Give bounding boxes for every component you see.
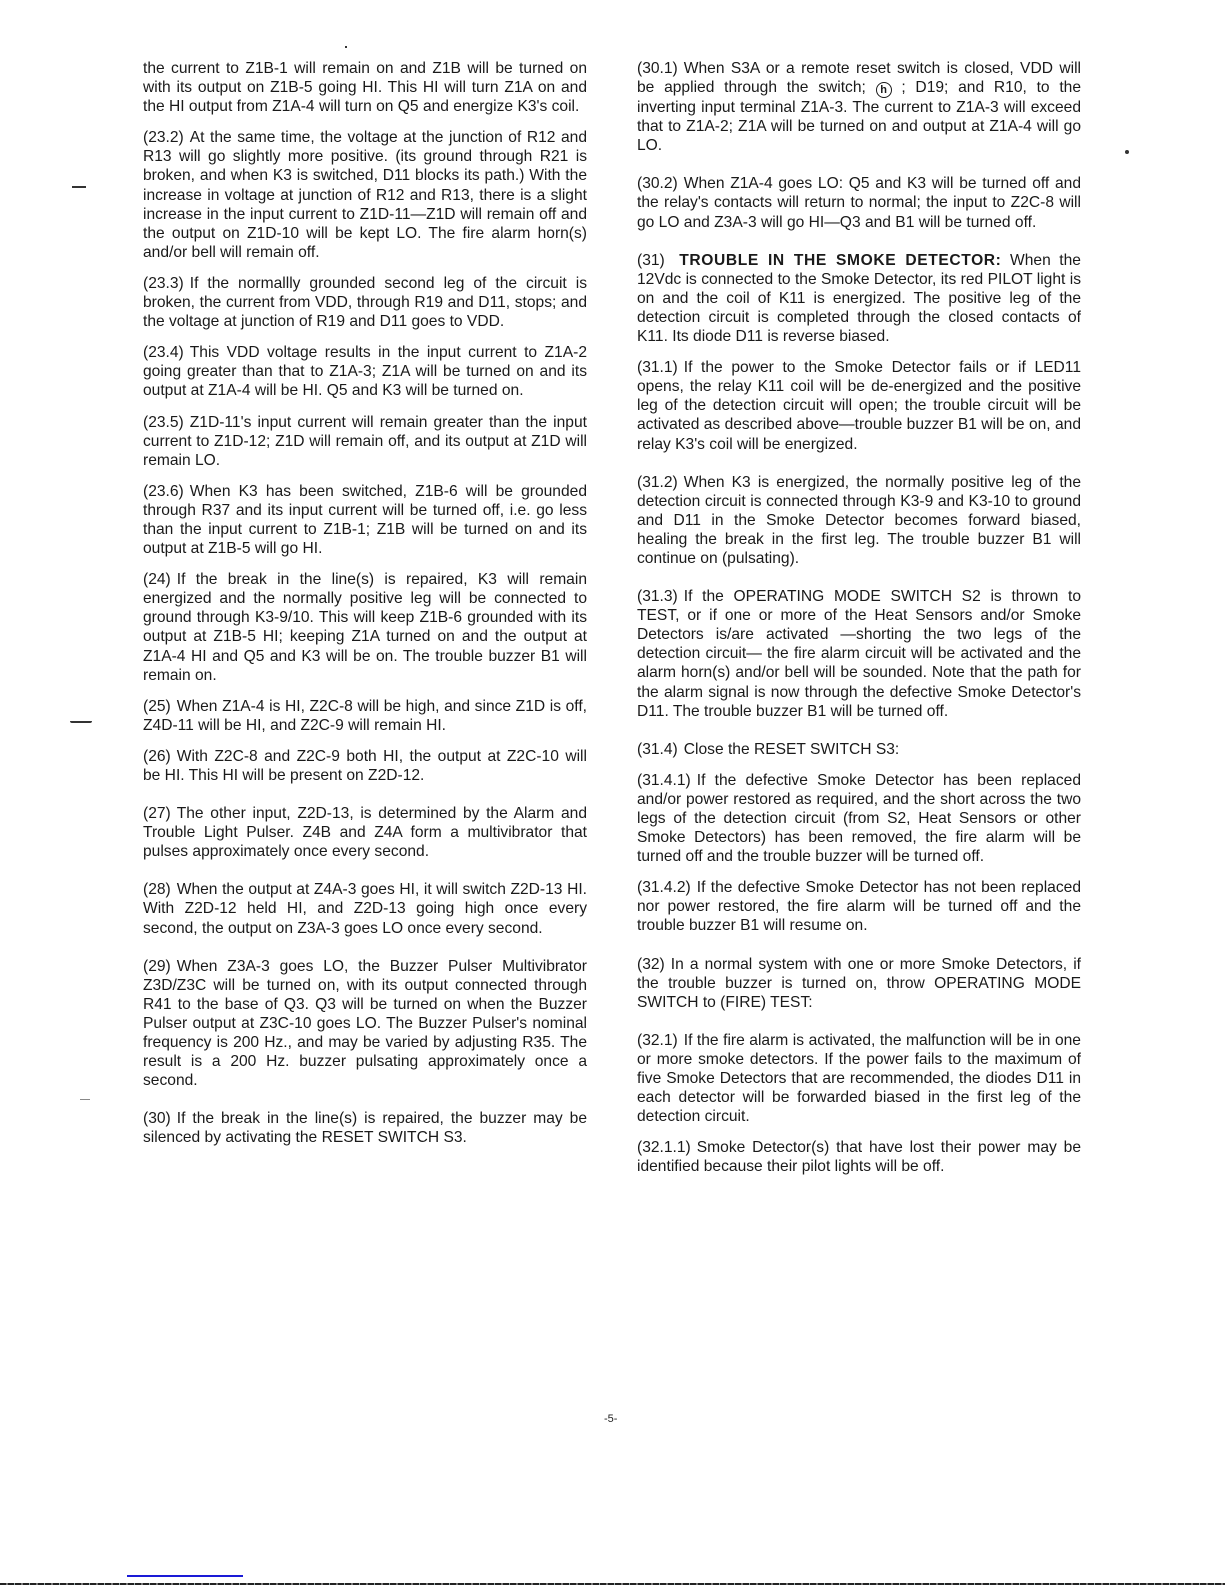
paragraph-30-2: (30.2)When Z1A-4 goes LO: Q5 and K3 will…	[637, 174, 1081, 231]
paragraph-text: In a normal system with one or more Smok…	[637, 956, 1081, 1011]
paragraph-text: If the fire alarm is activated, the malf…	[637, 1032, 1081, 1125]
paragraph-text: When K3 has been switched, Z1B-6 will be…	[143, 483, 587, 557]
stray-dot	[1125, 150, 1129, 154]
paragraph-number: (23.3)	[143, 275, 184, 292]
paragraph-number: (31.1)	[637, 359, 678, 376]
paragraph-31-4: (31.4)Close the RESET SWITCH S3:	[637, 740, 1081, 759]
paragraph-text: If the normallly grounded second leg of …	[143, 275, 587, 330]
paragraph-text: The other input, Z2D-13, is determined b…	[143, 805, 587, 860]
paragraph-number: (31.3)	[637, 588, 678, 605]
left-column: the current to Z1B-1 will remain on and …	[143, 59, 587, 1160]
paragraph-text: When Z3A-3 goes LO, the Buzzer Pulser Mu…	[143, 958, 587, 1090]
paragraph-text: If the power to the Smoke Detector fails…	[637, 359, 1081, 452]
paragraph-number: (23.2)	[143, 129, 184, 146]
paragraph-number: (23.5)	[143, 414, 184, 431]
paragraph-25: (25)When Z1A-4 is HI, Z2C-8 will be high…	[143, 697, 587, 735]
page-number: -5-	[604, 1413, 617, 1425]
paragraph-28: (28)When the output at Z4A-3 goes HI, it…	[143, 880, 587, 937]
paragraph-text: When the output at Z4A-3 goes HI, it wil…	[143, 881, 587, 936]
blue-underline	[127, 1575, 243, 1577]
margin-mark	[72, 186, 86, 188]
paragraph-text: At the same time, the voltage at the jun…	[143, 129, 587, 261]
paragraph-31-4-2: (31.4.2)If the defective Smoke Detector …	[637, 878, 1081, 935]
paragraph-23-3: (23.3)If the normallly grounded second l…	[143, 274, 587, 331]
paragraph-number: (23.6)	[143, 483, 184, 500]
paragraph-32: (32)In a normal system with one or more …	[637, 955, 1081, 1012]
paragraph-number: (27)	[143, 805, 171, 822]
margin-mark	[80, 1099, 90, 1100]
paragraph-31-2: (31.2)When K3 is energized, the normally…	[637, 473, 1081, 568]
paragraph-text: If the break in the line(s) is repaired,…	[143, 571, 587, 683]
paragraph-text: the current to Z1B-1 will remain on and …	[143, 60, 587, 115]
paragraph-23-6: (23.6)When K3 has been switched, Z1B-6 w…	[143, 482, 587, 558]
paragraph-number: (30)	[143, 1110, 171, 1127]
margin-mark	[70, 721, 92, 723]
section-heading: TROUBLE IN THE SMOKE DETECTOR:	[679, 252, 1001, 269]
paragraph-30: (30)If the break in the line(s) is repai…	[143, 1109, 587, 1147]
paragraph-text: When Z1A-4 is HI, Z2C-8 will be high, an…	[143, 698, 587, 734]
paragraph-text: If the break in the line(s) is repaired,…	[143, 1110, 587, 1146]
paragraph-31-1: (31.1)If the power to the Smoke Detector…	[637, 358, 1081, 453]
paragraph-text: This VDD voltage results in the input cu…	[143, 344, 587, 399]
paragraph-32-1: (32.1)If the fire alarm is activated, th…	[637, 1031, 1081, 1126]
paragraph-24: (24)If the break in the line(s) is repai…	[143, 570, 587, 685]
paragraph-number: (32.1.1)	[637, 1139, 691, 1156]
paragraph-number: (31.4.2)	[637, 879, 691, 896]
paragraph-number: (32)	[637, 956, 665, 973]
paragraph-number: (30.2)	[637, 175, 678, 192]
paragraph-number: (26)	[143, 748, 171, 765]
paragraph-text: If the defective Smoke Detector has not …	[637, 879, 1081, 934]
paragraph-text: With Z2C-8 and Z2C-9 both HI, the output…	[143, 748, 587, 784]
paragraph-text: If the OPERATING MODE SWITCH S2 is throw…	[637, 588, 1081, 720]
paragraph-23-2: (23.2)At the same time, the voltage at t…	[143, 128, 587, 262]
paragraph-30-1: (30.1)When S3A or a remote reset switch …	[637, 59, 1081, 155]
right-column: (30.1)When S3A or a remote reset switch …	[637, 59, 1081, 1189]
paragraph-number: (31.4)	[637, 741, 678, 758]
paragraph-31-3: (31.3)If the OPERATING MODE SWITCH S2 is…	[637, 587, 1081, 721]
paragraph-26: (26)With Z2C-8 and Z2C-9 both HI, the ou…	[143, 747, 587, 785]
paragraph-number: (23.4)	[143, 344, 184, 361]
paragraph-23-5: (23.5)Z1D-11's input current will remain…	[143, 413, 587, 470]
paragraph-31-4-1: (31.4.1)If the defective Smoke Detector …	[637, 771, 1081, 866]
paragraph-number: (30.1)	[637, 60, 678, 77]
paragraph-number: (29)	[143, 958, 171, 975]
paragraph-text: Z1D-11's input current will remain great…	[143, 414, 587, 469]
paragraph-23-1-continued: the current to Z1B-1 will remain on and …	[143, 59, 587, 116]
paragraph-23-4: (23.4)This VDD voltage results in the in…	[143, 343, 587, 400]
paragraph-32-1-1: (32.1.1)Smoke Detector(s) that have lost…	[637, 1138, 1081, 1176]
circled-h-marker-icon: h	[876, 82, 892, 98]
paragraph-number: (31)	[637, 252, 665, 269]
paragraph-31: (31) TROUBLE IN THE SMOKE DETECTOR: When…	[637, 251, 1081, 346]
paragraph-text: When Z1A-4 goes LO: Q5 and K3 will be tu…	[637, 175, 1081, 230]
stray-dot	[345, 46, 347, 48]
paragraph-number: (24)	[143, 571, 171, 588]
paragraph-number: (31.2)	[637, 474, 678, 491]
paragraph-text: Smoke Detector(s) that have lost their p…	[637, 1139, 1081, 1175]
paragraph-27: (27)The other input, Z2D-13, is determin…	[143, 804, 587, 861]
paragraph-text: When K3 is energized, the normally posit…	[637, 474, 1081, 567]
paragraph-number: (32.1)	[637, 1032, 678, 1049]
paragraph-29: (29)When Z3A-3 goes LO, the Buzzer Pulse…	[143, 957, 587, 1091]
paragraph-number: (25)	[143, 698, 171, 715]
paragraph-text: If the defective Smoke Detector has been…	[637, 772, 1081, 865]
paragraph-text: Close the RESET SWITCH S3:	[684, 741, 900, 758]
paragraph-number: (28)	[143, 881, 171, 898]
paragraph-number: (31.4.1)	[637, 772, 691, 789]
